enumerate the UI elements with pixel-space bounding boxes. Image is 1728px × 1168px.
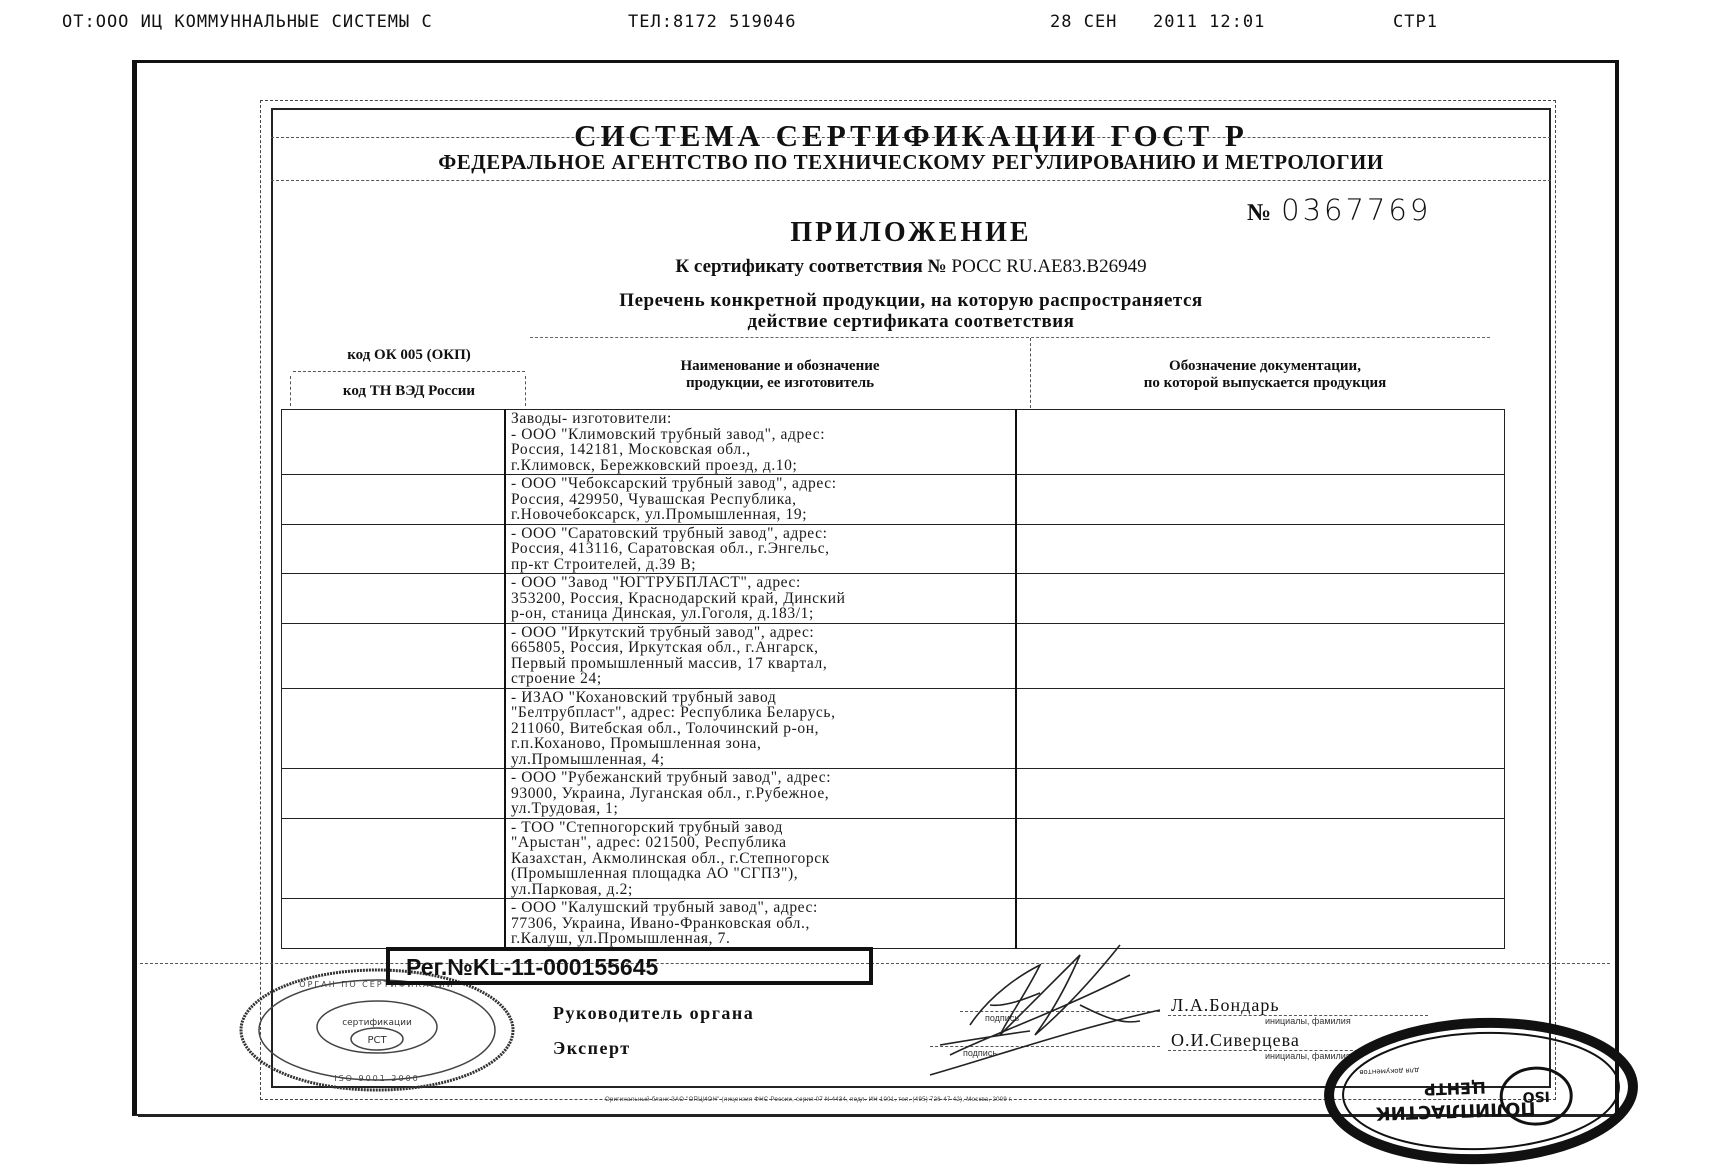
fax-sender: ОТ:ООО ИЦ КОММУННАЛЬНЫЕ СИСТЕМЫ С — [62, 12, 433, 32]
table-row: - ООО "Завод "ЮГТРУБПЛАСТ", адрес:353200… — [282, 574, 1505, 624]
docs-cell — [1016, 623, 1505, 688]
code-cell — [282, 769, 506, 819]
header-docs-line2: по которой выпускается продукция — [1040, 375, 1490, 392]
table-row: - ООО "Иркутский трубный завод", адрес:6… — [282, 623, 1505, 688]
svg-text:для документов: для документов — [1359, 1066, 1419, 1076]
header-code-okp: код ОК 005 (ОКП) — [293, 347, 525, 364]
product-cell: - ООО "Чебоксарский трубный завод", адре… — [505, 475, 1016, 525]
header-code-tnved: код ТН ВЭД России — [293, 383, 525, 400]
product-list-title-line2: действие сертификата соответствия — [271, 311, 1551, 332]
certificate-reference-label: К сертификату соответствия № — [675, 256, 946, 277]
svg-text:ЦЕНТР: ЦЕНТР — [1423, 1078, 1486, 1099]
appendix-title: ПРИЛОЖЕНИЕ — [271, 217, 1551, 249]
agency-title: ФЕДЕРАЛЬНОЕ АГЕНТСТВО ПО ТЕХНИЧЕСКОМУ РЕ… — [271, 150, 1551, 175]
header-product-line1: Наименование и обозначение — [530, 358, 1030, 375]
header-product: Наименование и обозначение продукции, ее… — [530, 358, 1030, 392]
svg-text:ISO 9001 2000: ISO 9001 2000 — [334, 1074, 420, 1083]
code-cell — [282, 688, 506, 769]
docs-cell — [1016, 524, 1505, 574]
header-column-divider — [1030, 338, 1031, 408]
expert-label: Эксперт — [553, 1038, 631, 1059]
table-row: - ТОО "Степногорский трубный завод"Арыст… — [282, 818, 1505, 899]
fax-date: 28 СЕН — [1050, 12, 1117, 32]
product-table: Заводы- изготовители:- ООО "Климовский т… — [281, 409, 1505, 949]
product-cell: - ООО "Иркутский трубный завод", адрес:6… — [505, 623, 1016, 688]
table-row: - ООО "Калушский трубный завод", адрес:7… — [282, 899, 1505, 949]
product-cell: - ИЗАО "Кохановский трубный завод"Белтру… — [505, 688, 1016, 769]
code-cell — [282, 475, 506, 525]
product-cell: - ООО "Завод "ЮГТРУБПЛАСТ", адрес:353200… — [505, 574, 1016, 624]
divider — [140, 963, 1610, 964]
blank-printer-note: Оригинальный бланк ЗАО "ОПЦИОН" (лицензи… — [605, 1097, 1013, 1103]
code-cell — [282, 623, 506, 688]
table-row: - ООО "Чебоксарский трубный завод", адре… — [282, 475, 1505, 525]
fax-page: СТР1 — [1393, 12, 1438, 32]
table-row: - ООО "Рубежанский трубный завод", адрес… — [282, 769, 1505, 819]
docs-cell — [1016, 688, 1505, 769]
fax-phone: ТЕЛ:8172 519046 — [628, 12, 797, 32]
docs-cell — [1016, 574, 1505, 624]
code-cell — [282, 524, 506, 574]
fax-year-time: 2011 12:01 — [1153, 12, 1265, 32]
product-cell: - ТОО "Степногорский трубный завод"Арыст… — [505, 818, 1016, 899]
fax-header: ОТ:ООО ИЦ КОММУННАЛЬНЫЕ СИСТЕМЫ С ТЕЛ:81… — [0, 12, 1728, 34]
divider — [271, 180, 1551, 181]
head-of-body-name: Л.А.Бондарь — [1171, 995, 1280, 1016]
docs-cell — [1016, 818, 1505, 899]
company-stamp-icon: ISO ПОЛИПЛАСТИК ЦЕНТР для документов — [1322, 1016, 1640, 1166]
header-top-line — [530, 337, 1490, 338]
system-title: СИСТЕМА СЕРТИФИКАЦИИ ГОСТ Р — [271, 118, 1551, 154]
svg-text:РСТ: РСТ — [367, 1035, 387, 1046]
registration-number: Рег.№KL-11-000155645 — [386, 947, 873, 985]
product-list-title-line1: Перечень конкретной продукции, на котору… — [271, 290, 1551, 311]
code-cell — [282, 574, 506, 624]
certification-body-stamp-icon: сертификации РСТ ОРГАН ПО СЕРТИФИКАЦИИ I… — [238, 967, 516, 1093]
docs-cell — [1016, 410, 1505, 475]
certificate-reference: К сертификату соответствия № РОСС RU.АЕ8… — [271, 256, 1551, 278]
table-row: - ООО "Саратовский трубный завод", адрес… — [282, 524, 1505, 574]
product-cell: - ООО "Саратовский трубный завод", адрес… — [505, 524, 1016, 574]
header-docs-line1: Обозначение документации, — [1040, 358, 1490, 375]
svg-text:ПОЛИПЛАСТИК: ПОЛИПЛАСТИК — [1375, 1097, 1536, 1124]
table-row: Заводы- изготовители:- ООО "Климовский т… — [282, 410, 1505, 475]
product-cell: Заводы- изготовители:- ООО "Климовский т… — [505, 410, 1016, 475]
table-row: - ИЗАО "Кохановский трубный завод"Белтру… — [282, 688, 1505, 769]
product-list-title: Перечень конкретной продукции, на котору… — [271, 290, 1551, 332]
code-cell — [282, 410, 506, 475]
certificate-reference-number: РОСС RU.АЕ83.В26949 — [951, 256, 1146, 277]
handwritten-signature-icon — [930, 935, 1180, 1080]
product-cell: - ООО "Рубежанский трубный завод", адрес… — [505, 769, 1016, 819]
docs-cell — [1016, 769, 1505, 819]
code-cell — [282, 899, 506, 949]
docs-cell — [1016, 475, 1505, 525]
header-docs: Обозначение документации, по которой вып… — [1040, 358, 1490, 392]
head-of-body-label: Руководитель органа — [553, 1003, 754, 1024]
svg-text:сертификации: сертификации — [342, 1018, 412, 1028]
expert-name: О.И.Сиверцева — [1171, 1030, 1300, 1051]
header-product-line2: продукции, ее изготовитель — [530, 375, 1030, 392]
code-cell — [282, 818, 506, 899]
